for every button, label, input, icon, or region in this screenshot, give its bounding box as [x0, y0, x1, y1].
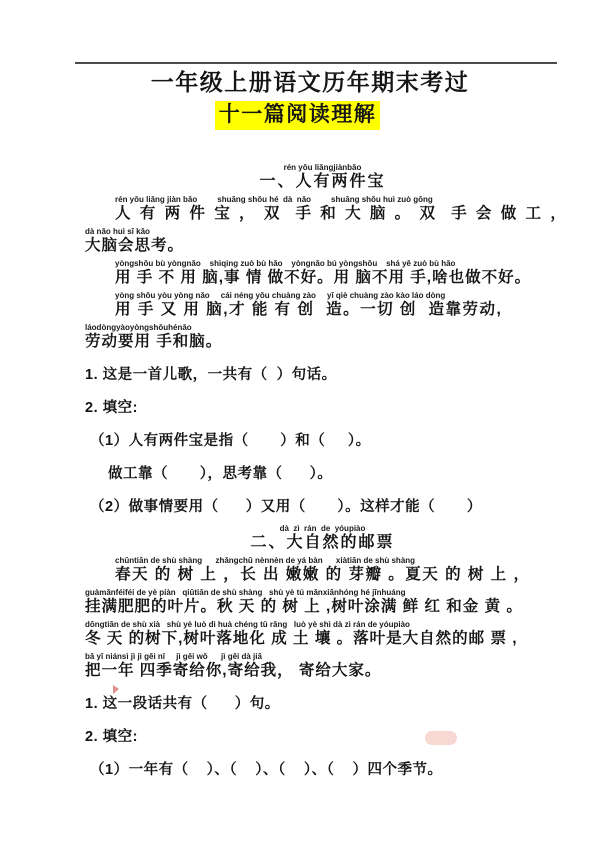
hanzi-line: 劳动要用 手和脑。 — [85, 333, 560, 351]
title-divider — [75, 62, 557, 64]
question-2-1: （1）一年有（ ）、（ ）、（ ）、（ ）四个季节。 — [85, 761, 560, 779]
pinyin-line: bǎ yī niánsì jì jì gěi nǐ jì gěi wǒ jì g… — [85, 652, 560, 661]
pinyin-line: guàmǎnféiféi de yè piàn qiūtiān de shù s… — [85, 588, 560, 597]
pinyin-line: rén yǒu liǎng jiàn bǎo shuāng shǒu hé dà… — [115, 195, 560, 204]
hanzi-line: 大脑会思考。 — [85, 237, 560, 255]
hanzi-line: 用 手 又 用 脑,才 能 有 创 造。一切 创 造靠劳动, — [115, 301, 560, 319]
hanzi-line: 用 手 不 用 脑,事 情 做不好。用 脑不用 手,啥也做不好。 — [115, 269, 560, 287]
section2-heading: dà zì rán de yóupiào 二、大自然的邮票 — [85, 522, 560, 552]
question-2-1: （1）人有两件宝是指（ ）和（ ）。 — [85, 432, 560, 450]
section1-heading: rén yǒu liǎngjiànbǎo 一、人有两件宝 — [85, 161, 560, 191]
passage-line: yòngshǒu bù yòngnǎo shìqing zuò bù hǎo y… — [85, 259, 560, 287]
red-cursor-mark — [113, 685, 119, 694]
question-2-1b: 做工靠（ ），思考靠（ ）。 — [85, 465, 560, 483]
section2-heading-pinyin: dà zì rán de yóupiào — [280, 524, 366, 533]
pinyin-line: chūntiān de shù shàng zhǎngchū nènnèn de… — [115, 556, 560, 565]
pinyin-line: dōngtiān de shù xià shù yè luò dì huà ch… — [85, 620, 560, 629]
passage-line: dōngtiān de shù xià shù yè luò dì huà ch… — [85, 620, 560, 648]
passage-line: láodòngyàoyòngshǒuhénǎo 劳动要用 手和脑。 — [85, 323, 560, 351]
passage-line: yòng shǒu yòu yòng nǎo cái néng yǒu chuà… — [85, 291, 560, 319]
page-subtitle: 十一篇阅读理解 — [215, 101, 381, 130]
passage-line: guàmǎnféiféi de yè piàn qiūtiān de shù s… — [85, 588, 560, 616]
question-1: 1. 这一段话共有（ ）句。 — [85, 695, 560, 713]
question-2: 2. 填空: — [85, 728, 560, 746]
passage-line: dà nǎo huì sī kǎo 大脑会思考。 — [85, 227, 560, 255]
pinyin-line: dà nǎo huì sī kǎo — [85, 227, 560, 236]
hanzi-line: 冬 天 的树下,树叶落地化 成 土 壤 。落叶是大自然的邮 票 , — [85, 630, 560, 648]
pinyin-line: yòngshǒu bù yòngnǎo shìqing zuò bù hǎo y… — [115, 259, 560, 268]
question-2-2: （2）做事情要用（ ）又用（ ）。这样才能（ ） — [85, 498, 560, 516]
hanzi-line: 把一年 四季寄给你,寄给我， 寄给大家。 — [85, 662, 560, 680]
passage-line: chūntiān de shù shàng zhǎngchū nènnèn de… — [85, 556, 560, 584]
pink-smudge-mark — [425, 731, 457, 745]
hanzi-line: 挂满肥肥的叶片。秋 天 的 树 上 ,树叶涂满 鲜 红 和金 黄 。 — [85, 598, 560, 616]
hanzi-line: 春天 的 树 上 ，长 出 嫩嫩 的 芽瓣 。夏天 的 树 上 ， — [115, 566, 560, 584]
pinyin-line: yòng shǒu yòu yòng nǎo cái néng yǒu chuà… — [115, 291, 560, 300]
page-title: 一年级上册语文历年期末考过 — [55, 67, 565, 97]
section2-heading-text: 二、大自然的邮票 — [85, 534, 560, 552]
worksheet-content: rén yǒu liǎngjiànbǎo 一、人有两件宝 rén yǒu liǎ… — [85, 161, 560, 779]
subtitle-row: 十一篇阅读理解 — [0, 101, 595, 130]
hanzi-line: 人 有 两 件 宝 ， 双 手 和 大 脑 。 双 手 会 做 工 ， — [115, 205, 560, 223]
question-1: 1. 这是一首儿歌，一共有（ ）句话。 — [85, 366, 560, 384]
section1-heading-pinyin: rén yǒu liǎngjiànbǎo — [284, 163, 362, 172]
section1-heading-text: 一、人有两件宝 — [85, 173, 560, 191]
worksheet-page: 一年级上册语文历年期末考过 十一篇阅读理解 rén yǒu liǎngjiànb… — [0, 0, 595, 842]
passage-line: bǎ yī niánsì jì jì gěi nǐ jì gěi wǒ jì g… — [85, 652, 560, 680]
pinyin-line: láodòngyàoyòngshǒuhénǎo — [85, 323, 560, 332]
question-2: 2. 填空: — [85, 399, 560, 417]
passage-line: rén yǒu liǎng jiàn bǎo shuāng shǒu hé dà… — [85, 195, 560, 223]
